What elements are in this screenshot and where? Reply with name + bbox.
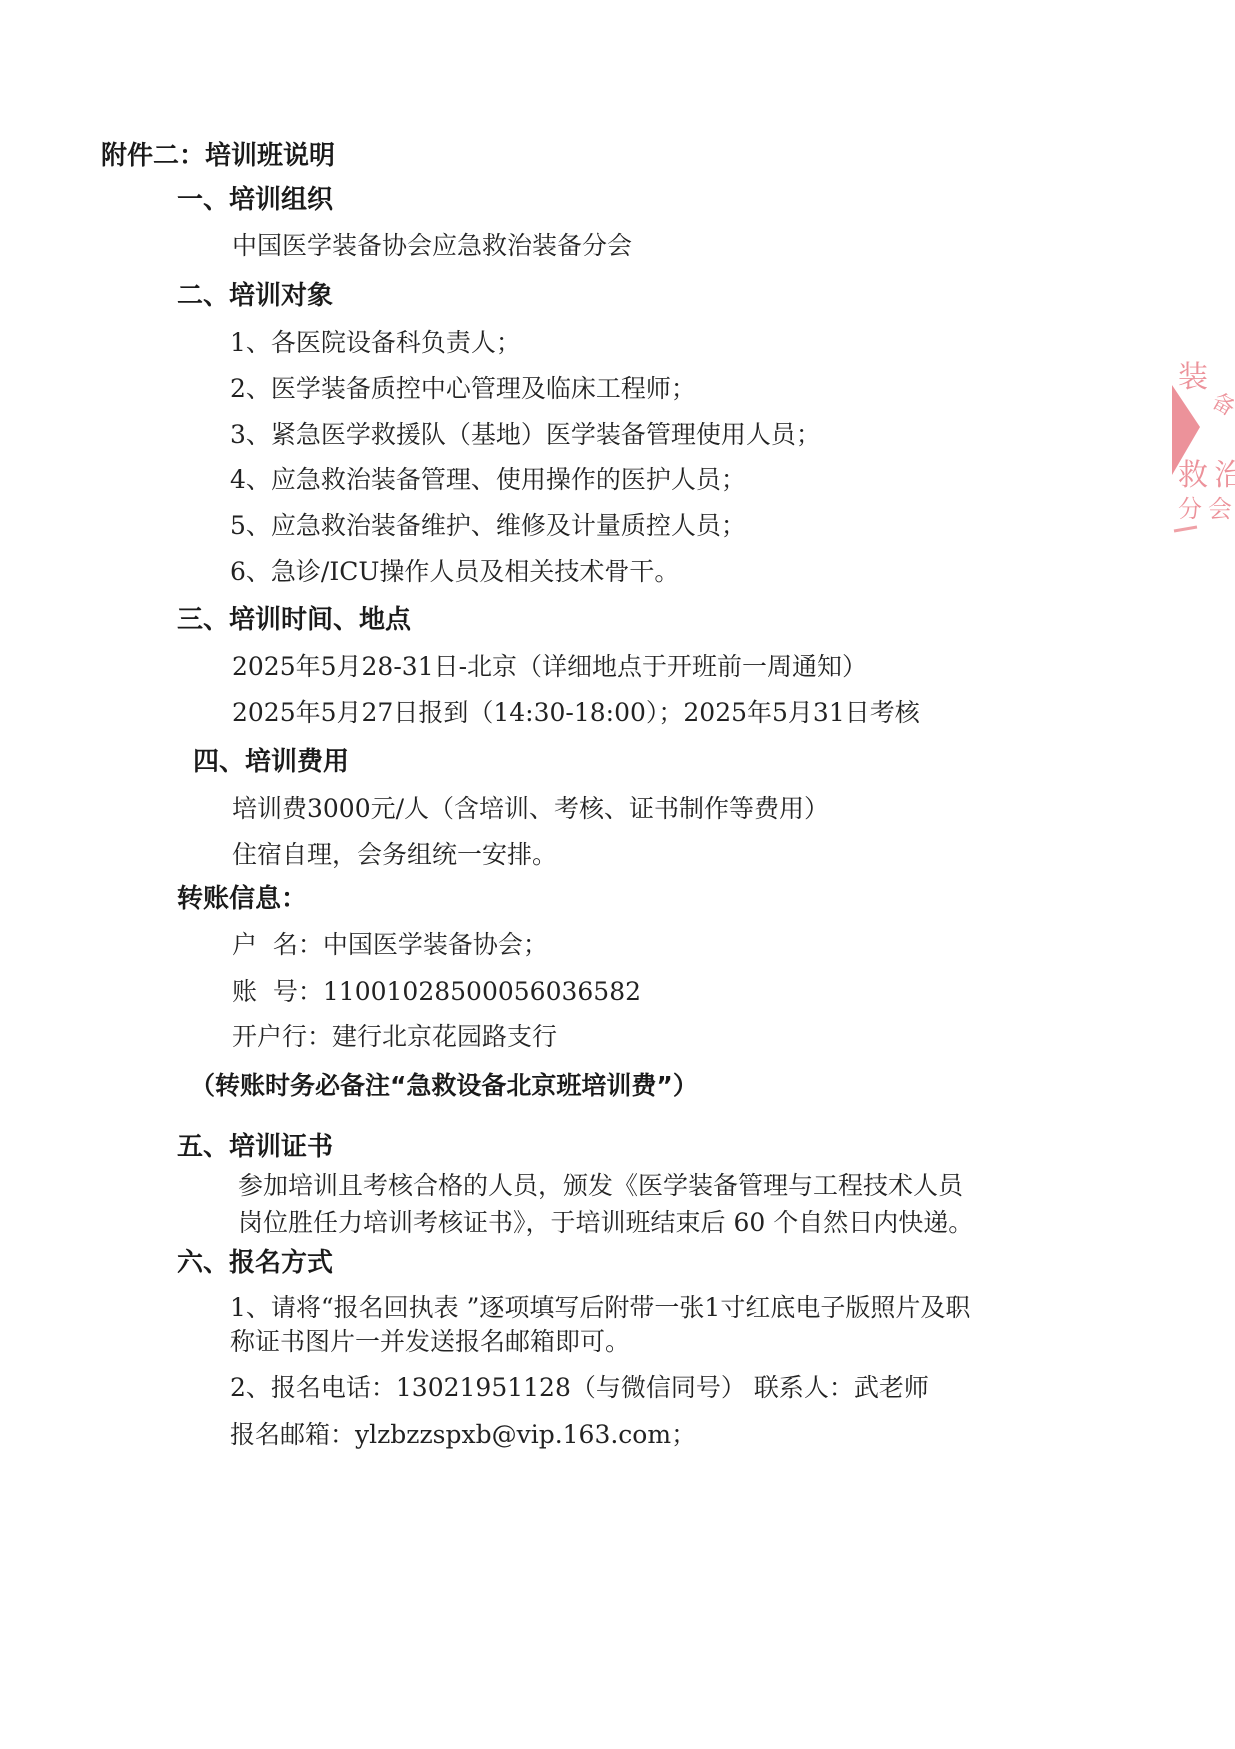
section-heading-fees: 四、培训费用 (193, 749, 349, 775)
certificate-text-line1: 参加培训且考核合格的人员，颁发《医学装备管理与工程技术人员 (238, 1173, 963, 1198)
section-heading-organizer: 一、培训组织 (177, 187, 333, 213)
svg-text:备: 备 (1207, 389, 1235, 422)
organizer-text: 中国医学装备协会应急救治装备分会 (232, 233, 632, 258)
audience-item: 4、应急救治装备管理、使用操作的医护人员； (230, 467, 746, 492)
section-heading-certificate: 五、培训证书 (177, 1134, 333, 1160)
schedule-dates: 2025年5月28-31日-北京（详细地点于开班前一周通知） (232, 654, 867, 679)
fee-amount: 培训费3000元/人（含培训、考核、证书制作等费用） (232, 796, 829, 821)
audience-item: 5、应急救治装备维护、维修及计量质控人员； (230, 513, 746, 538)
transfer-remark-note: （转账时务必备注“急救设备北京班培训费”） (190, 1073, 698, 1098)
section-heading-audience: 二、培训对象 (177, 283, 333, 309)
official-seal-stamp: 装 备 救 治 分 会 (1172, 345, 1235, 585)
registration-phone: 2、报名电话：13021951128（与微信同号） 联系人：武老师 (230, 1375, 929, 1400)
account-number: 账 号：11001028500056036582 (232, 979, 641, 1004)
audience-item: 2、医学装备质控中心管理及临床工程师； (230, 376, 696, 401)
svg-text:治: 治 (1214, 458, 1235, 493)
registration-email: 报名邮箱：ylzbzzspxb@vip.163.com； (230, 1422, 696, 1447)
registration-step-1-line2: 称证书图片一并发送报名邮箱即可。 (230, 1329, 630, 1354)
audience-item: 1、各医院设备科负责人； (230, 330, 521, 355)
audience-item: 3、紧急医学救援队（基地）医学装备管理使用人员； (230, 422, 821, 447)
accommodation-note: 住宿自理，会务组统一安排。 (232, 842, 557, 867)
section-heading-registration: 六、报名方式 (177, 1250, 333, 1276)
audience-item: 6、急诊/ICU操作人员及相关技术骨干。 (230, 559, 679, 584)
registration-step-1-line1: 1、请将“报名回执表 ”逐项填写后附带一张1寸红底电子版照片及职 (230, 1295, 970, 1320)
certificate-text-line2: 岗位胜任力培训考核证书》，于培训班结束后 60 个自然日内快递。 (238, 1210, 973, 1235)
document-title: 附件二：培训班说明 (101, 143, 335, 169)
schedule-registration: 2025年5月27日报到（14:30-18:00）；2025年5月31日考核 (232, 700, 920, 725)
section-heading-time-location: 三、培训时间、地点 (177, 607, 411, 633)
bank-branch: 开户行：建行北京花园路支行 (232, 1024, 557, 1049)
seal-icon: 装 备 救 治 分 会 (1172, 345, 1235, 585)
svg-text:分: 分 (1178, 495, 1202, 523)
svg-text:会: 会 (1208, 495, 1232, 523)
seal-char: 装 (1178, 360, 1208, 395)
section-heading-transfer: 转账信息： (177, 886, 307, 912)
svg-text:救: 救 (1178, 458, 1208, 493)
account-name: 户 名：中国医学装备协会； (232, 932, 548, 957)
